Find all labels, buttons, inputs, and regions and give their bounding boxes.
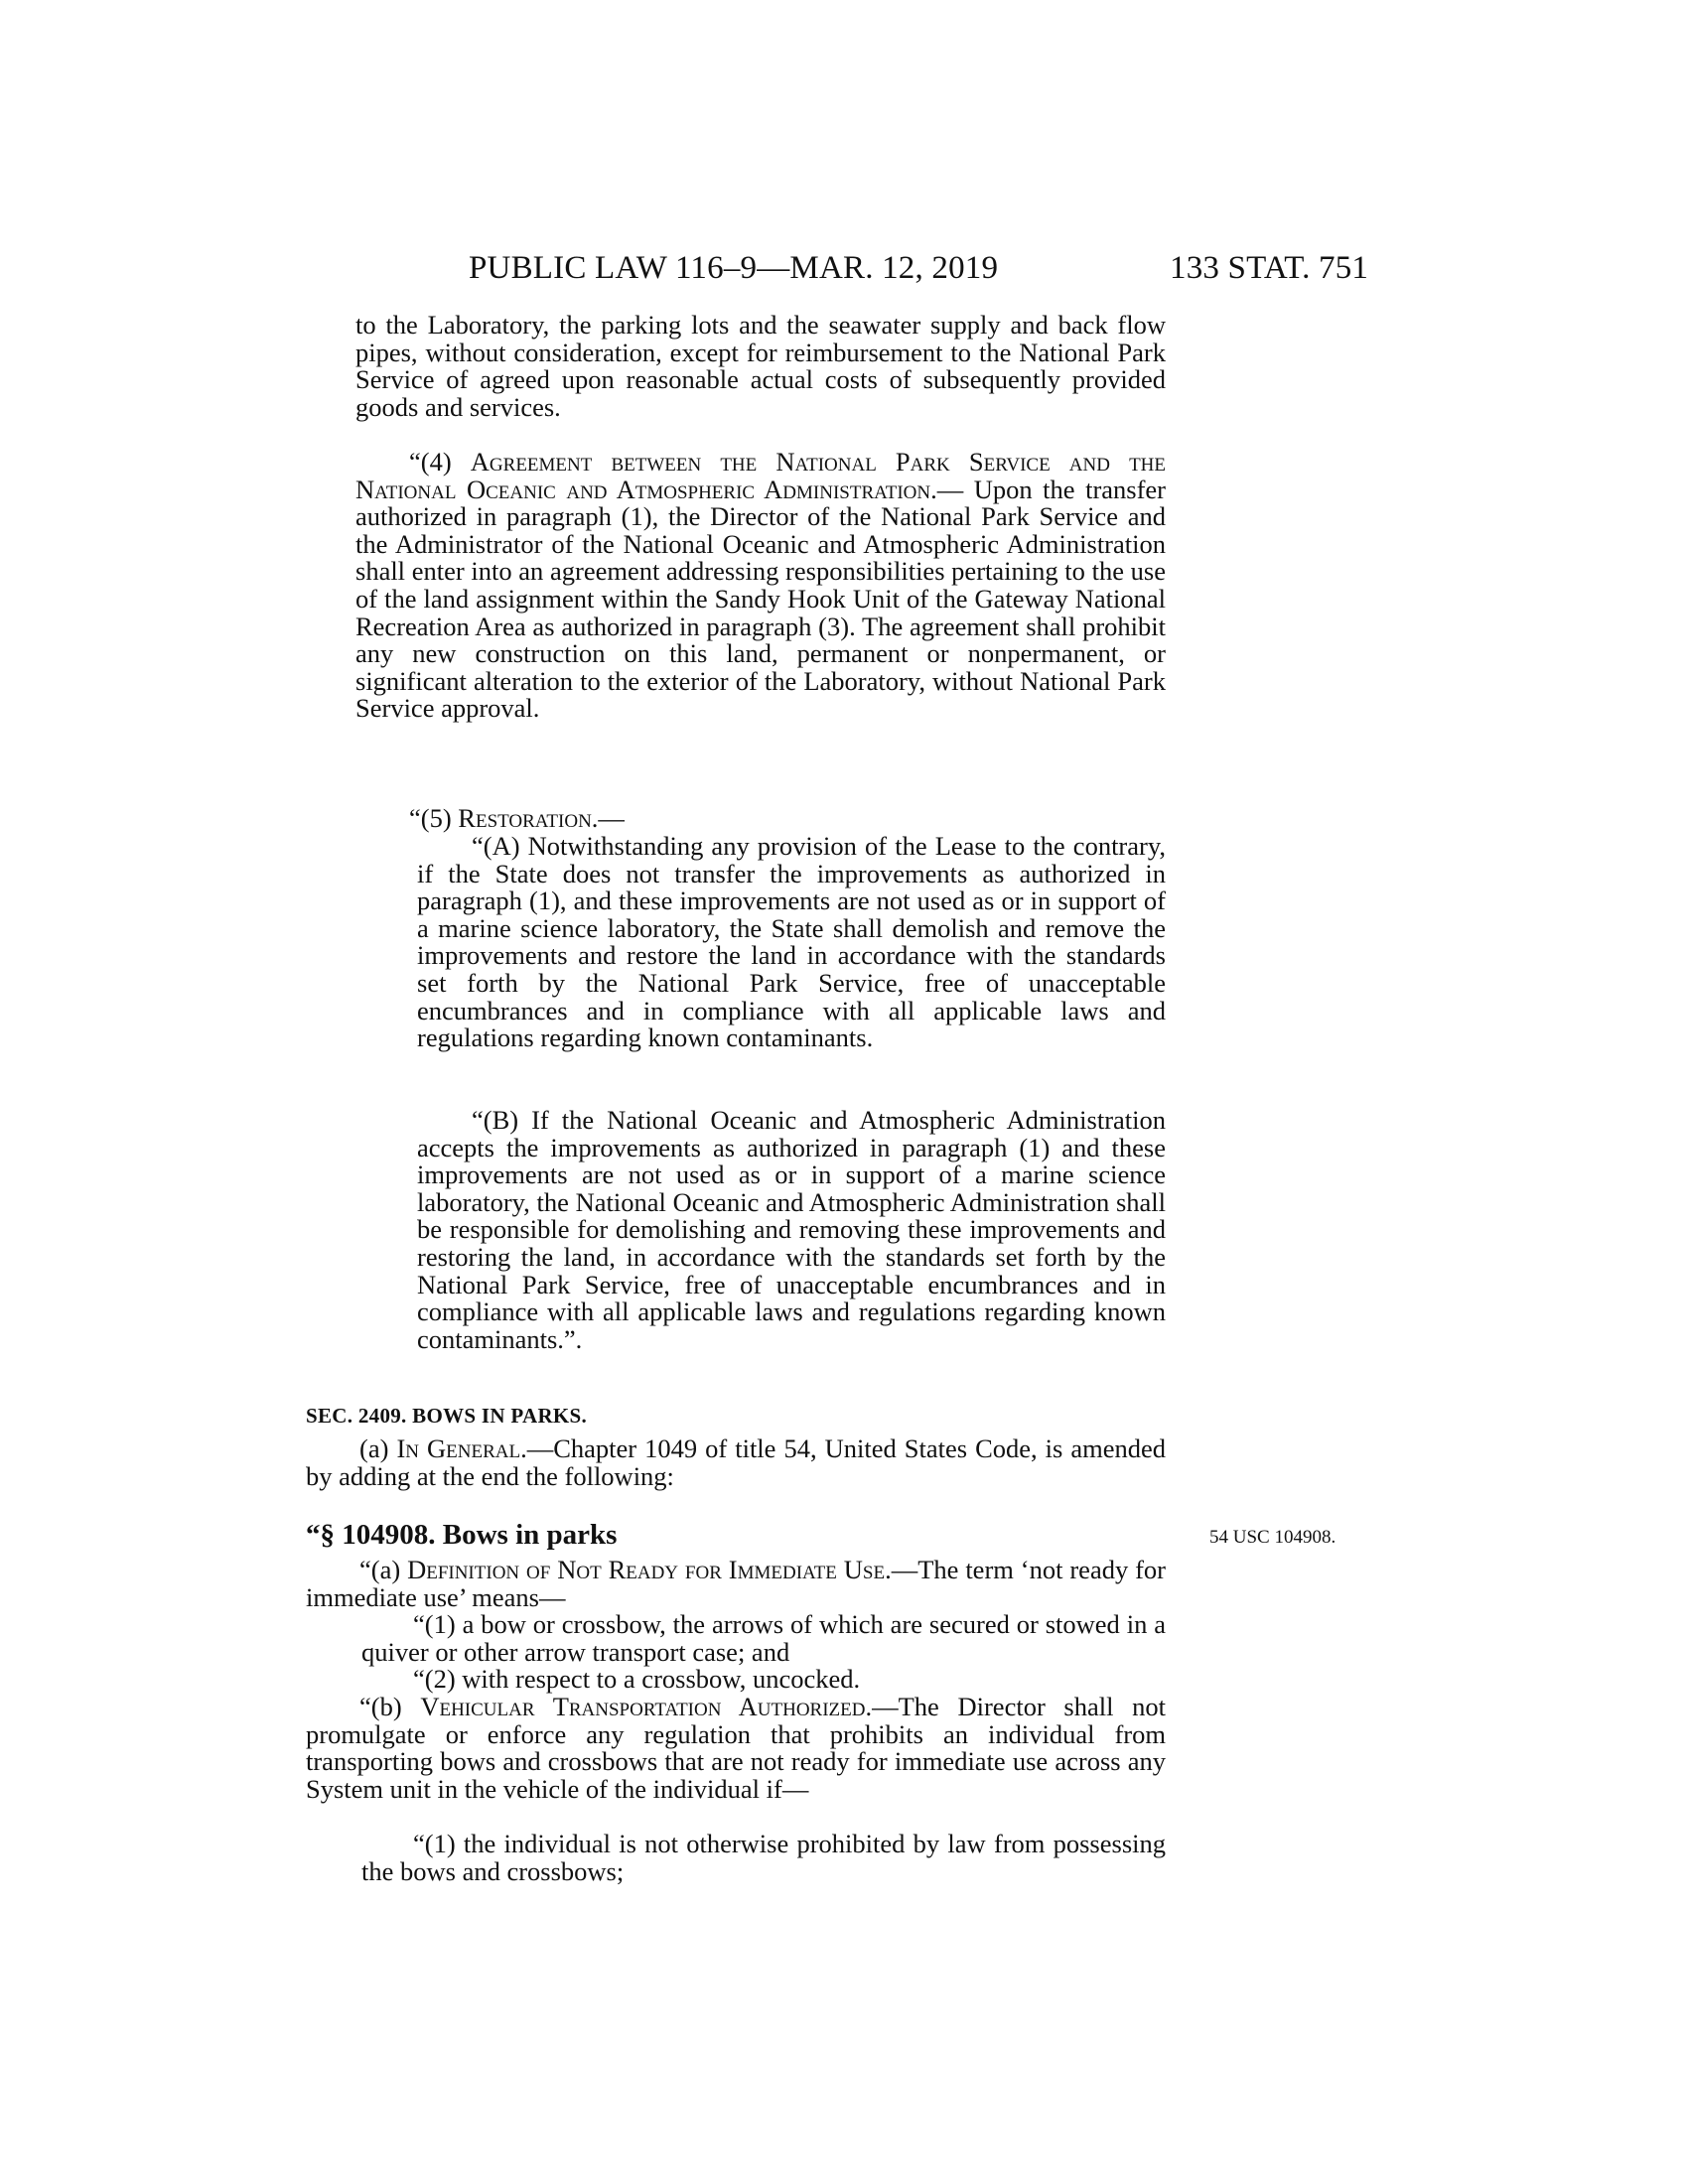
- paragraph-text: “(A) Notwithstanding any provision of th…: [417, 833, 1166, 1052]
- paragraph-heading: In General.: [396, 1433, 526, 1463]
- paragraph-4: “(4) Agreement between the National Park…: [355, 449, 1166, 723]
- paragraph-opener: “(b): [359, 1692, 420, 1721]
- subsection-a: (a) In General.—Chapter 1049 of title 54…: [306, 1435, 1166, 1490]
- margin-note: 54 USC 104908.: [1209, 1527, 1336, 1549]
- paragraph-opener: (a): [359, 1433, 396, 1463]
- paragraph-heading: Restoration.: [458, 803, 598, 833]
- paragraph-opener: “(a): [359, 1555, 407, 1584]
- paragraph-opener: “(4): [409, 447, 471, 477]
- paragraph-heading: Vehicular Transportation Authorized.: [420, 1692, 872, 1721]
- paragraph-text: Upon the transfer authorized in paragrap…: [355, 475, 1166, 724]
- em-dash: —: [598, 803, 625, 833]
- em-dash: —: [527, 1433, 554, 1463]
- paragraph-text: “(1) the individual is not otherwise pro…: [361, 1831, 1166, 1885]
- running-title: PUBLIC LAW 116–9—MAR. 12, 2019: [469, 250, 998, 286]
- paragraph-opener: “(5): [409, 803, 458, 833]
- em-dash: —: [937, 475, 964, 504]
- paragraph-text: “(1) a bow or crossbow, the arrows of wh…: [361, 1611, 1166, 1666]
- em-dash: —: [892, 1555, 918, 1584]
- code-subsection-a: “(a) Definition of Not Ready for Immedia…: [306, 1557, 1166, 1611]
- paragraph-heading: Definition of Not Ready for Immediate Us…: [407, 1555, 892, 1584]
- section-heading: SEC. 2409. BOWS IN PARKS.: [306, 1404, 587, 1428]
- subparagraph-A: “(A) Notwithstanding any provision of th…: [417, 833, 1166, 1052]
- paragraph-text: to the Laboratory, the parking lots and …: [355, 312, 1166, 421]
- subparagraph-B: “(B) If the National Oceanic and Atmosph…: [417, 1107, 1166, 1353]
- code-section-heading: “§ 104908. Bows in parks: [306, 1519, 617, 1551]
- paragraph-5: “(5) Restoration.—: [355, 805, 1166, 833]
- paragraph-text: “(2) with respect to a crossbow, uncocke…: [361, 1666, 1166, 1694]
- em-dash: —: [872, 1692, 899, 1721]
- code-subsection-b: “(b) Vehicular Transportation Authorized…: [306, 1694, 1166, 1803]
- paragraph-text: “(B) If the National Oceanic and Atmosph…: [417, 1107, 1166, 1353]
- page-citation: 133 STAT. 751: [1170, 250, 1368, 286]
- continuation-paragraph: to the Laboratory, the parking lots and …: [355, 312, 1166, 421]
- code-paragraph-a2: “(2) with respect to a crossbow, uncocke…: [361, 1666, 1166, 1694]
- document-page: PUBLIC LAW 116–9—MAR. 12, 2019 133 STAT.…: [0, 0, 1688, 2184]
- code-paragraph-a1: “(1) a bow or crossbow, the arrows of wh…: [361, 1611, 1166, 1666]
- code-paragraph-b1: “(1) the individual is not otherwise pro…: [361, 1831, 1166, 1885]
